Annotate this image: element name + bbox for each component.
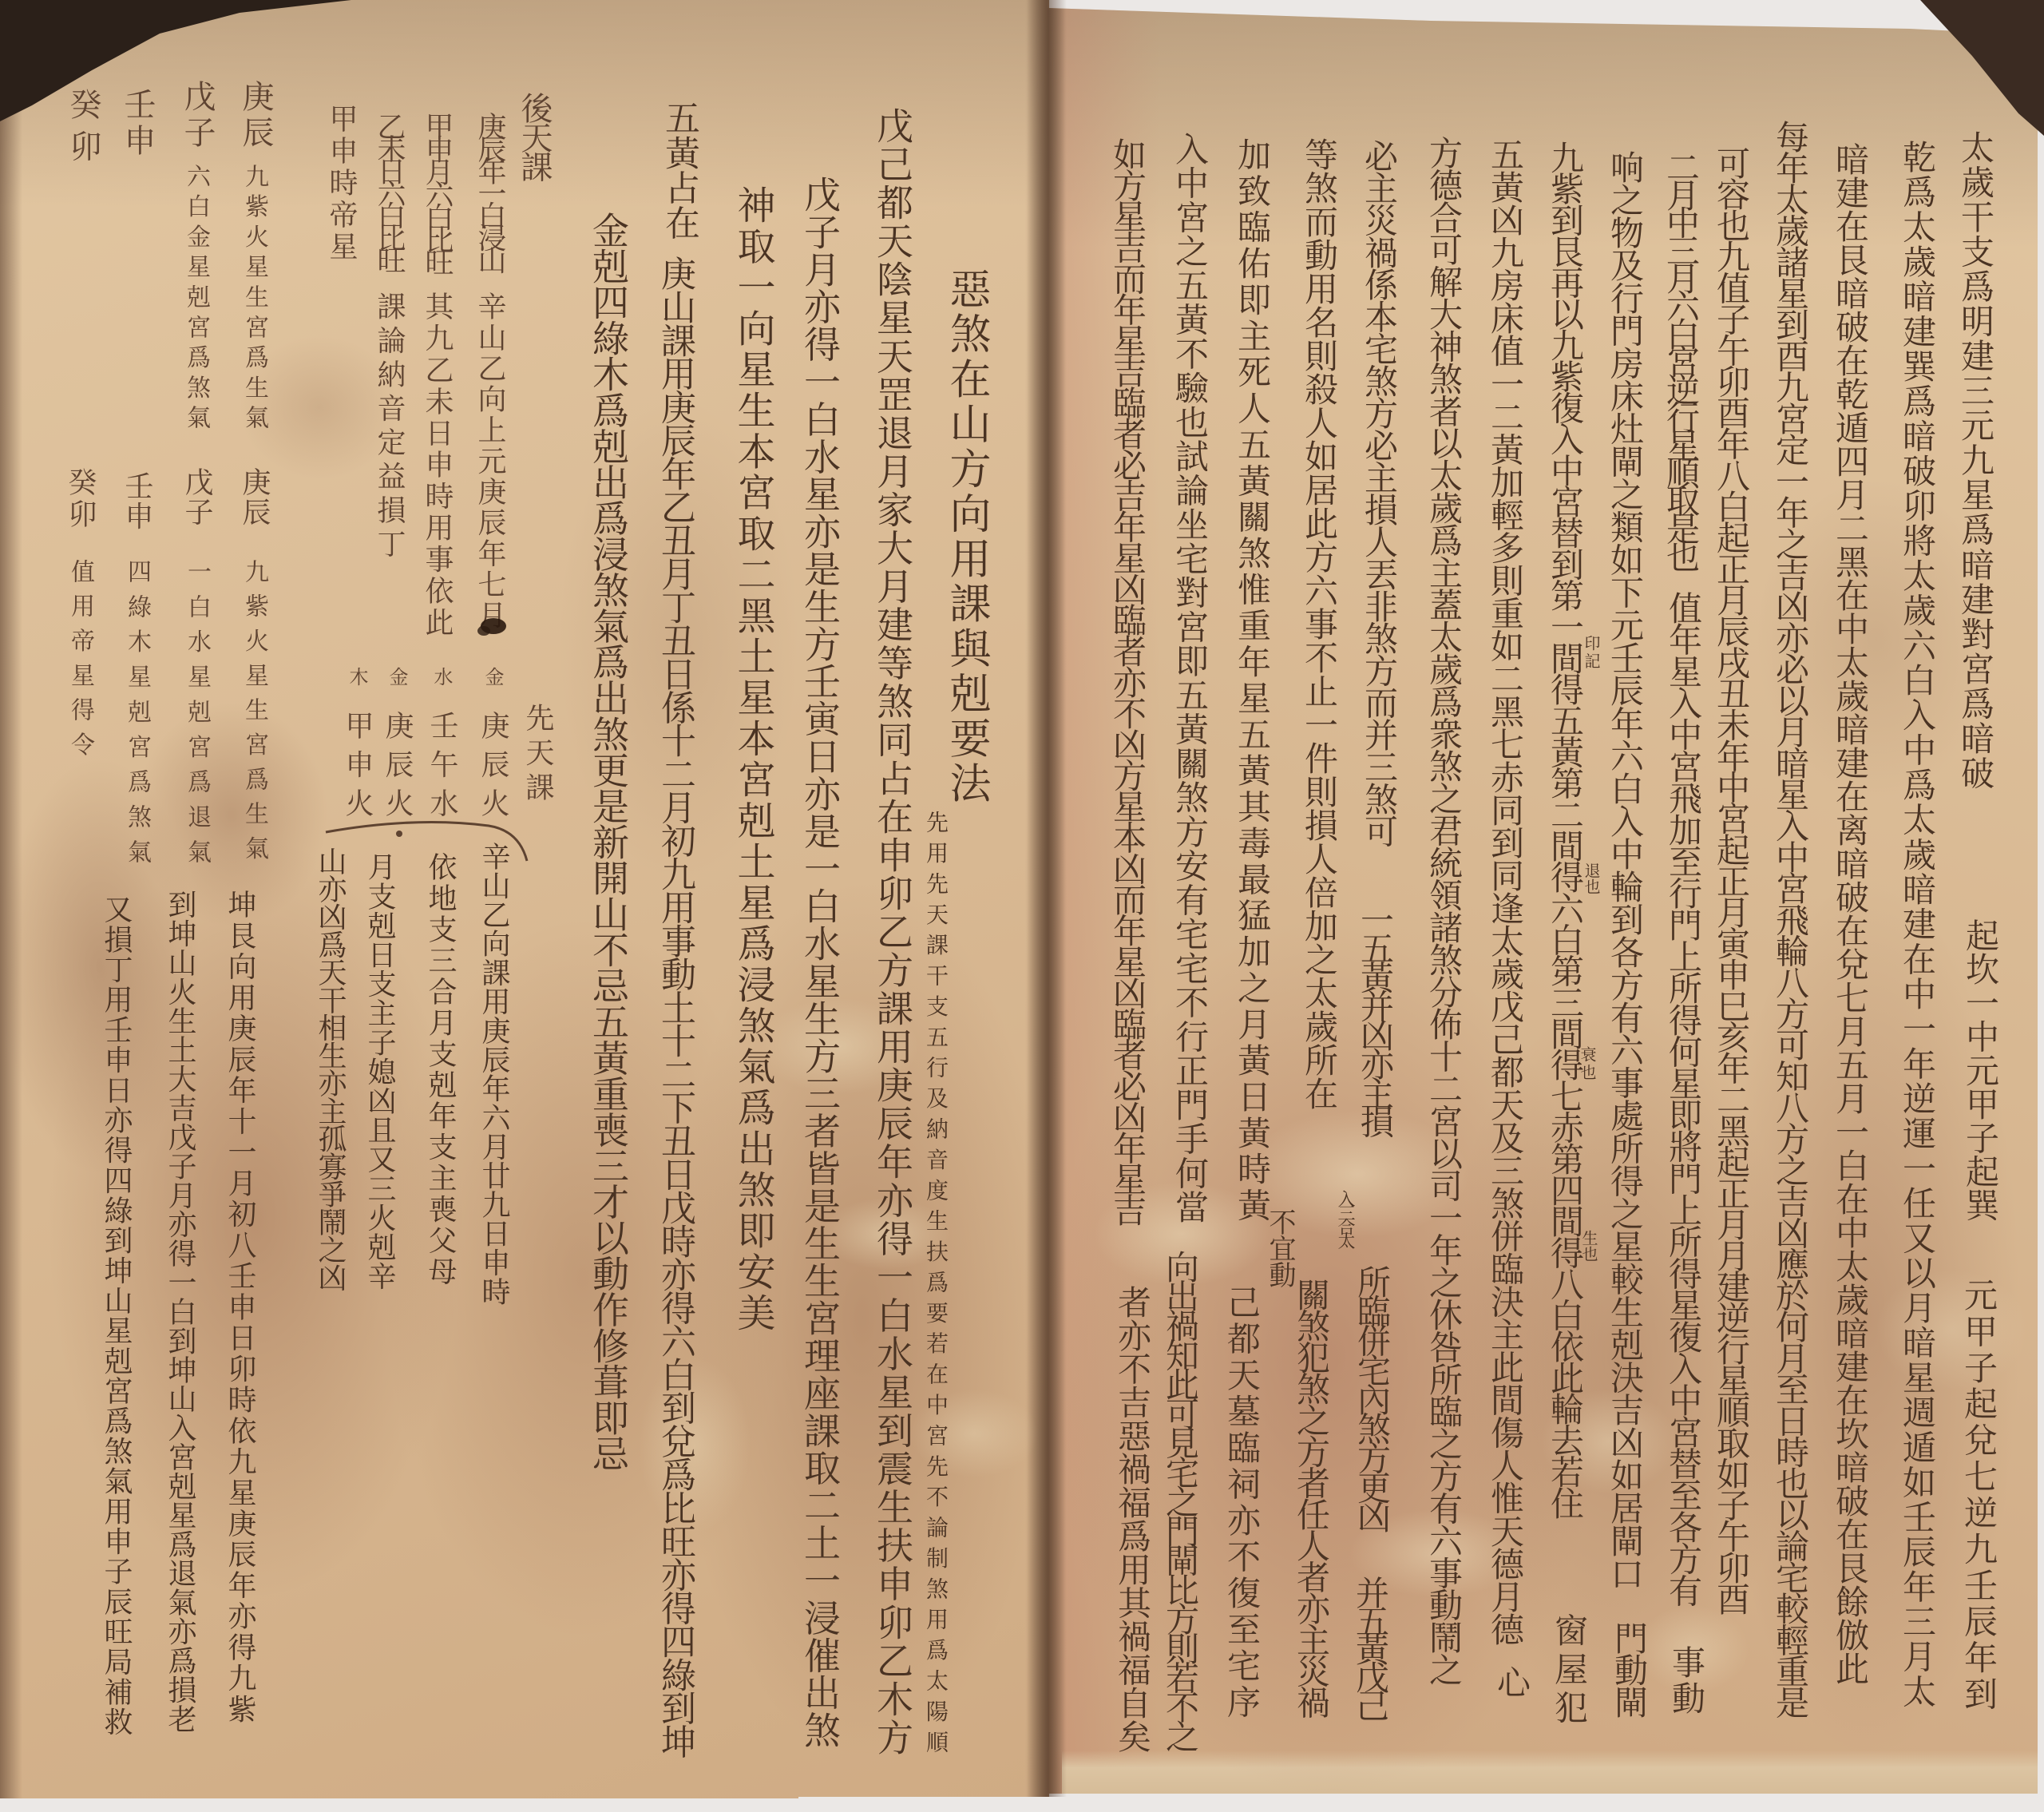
star-pillar: 癸卯 bbox=[65, 467, 94, 531]
star-pillar: 庚辰 bbox=[240, 467, 268, 527]
star-pillar: 戊子 bbox=[182, 467, 211, 527]
example-line: 山亦凶爲天干相生亦主孤寡爭鬧之凶 bbox=[315, 847, 344, 1291]
example-line: 依地支三合月支剋年支主喪父母 bbox=[426, 852, 454, 1287]
example-line: 月支剋日支主子媳凶且又三火剋辛 bbox=[365, 852, 394, 1291]
example-line: 坤艮向用庚辰年十一月初八壬申日卯時依九星庚辰年亦得九紫 bbox=[225, 890, 254, 1725]
example-line: 到坤山火生土大吉戊子月亦得一白到坤山入宮剋星爲退氣亦爲損老 bbox=[165, 890, 194, 1733]
bracket-line bbox=[0, 0, 2044, 1812]
example-line: 又損丁用壬申日亦得四綠到坤山星剋宮爲煞氣用申子辰旺局補救 bbox=[101, 894, 130, 1737]
star-note: 九紫火星生宮爲生氣 bbox=[242, 559, 266, 870]
example-line: 辛山乙向課用庚辰年六月廿九日申時 bbox=[479, 842, 508, 1306]
star-pillar: 壬申 bbox=[122, 471, 151, 531]
manuscript-photo: 太歲干支爲明建三元九星爲暗建對宮爲暗破 起坎一中元甲子起巽 元甲子起兌七逆九壬辰… bbox=[0, 0, 2044, 1812]
star-note: 值用帝星得令 bbox=[68, 559, 92, 767]
star-note: 四綠木星剋宮爲煞氣 bbox=[125, 559, 149, 874]
star-note: 一白水星剋宮爲退氣 bbox=[184, 559, 208, 874]
